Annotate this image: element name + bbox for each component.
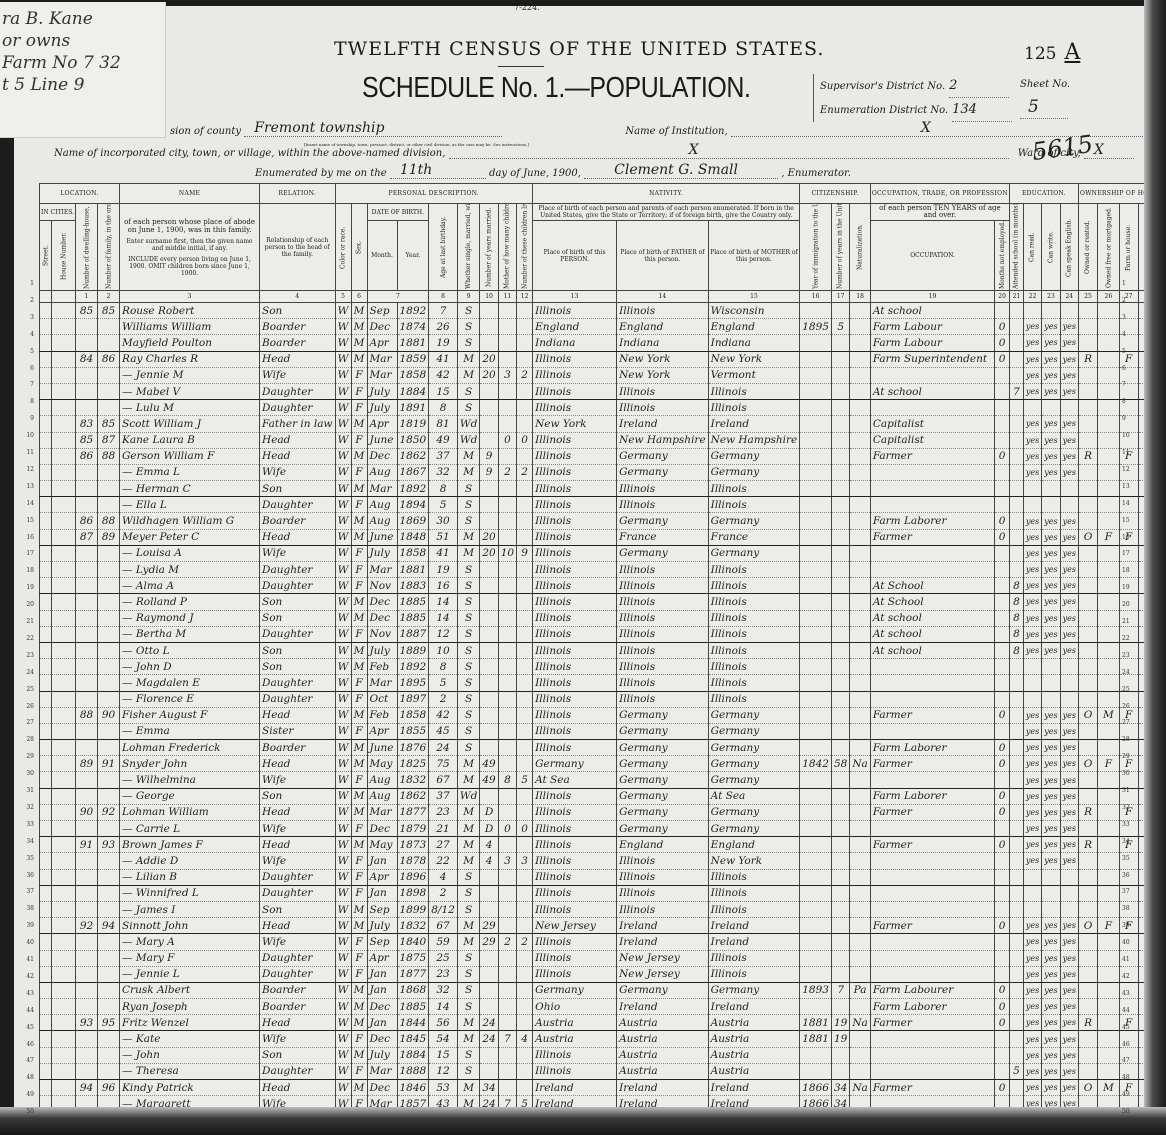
color-cell: W [335, 416, 351, 432]
school-months-cell: 7 [1009, 383, 1023, 399]
person-name-cell: Snyder John [120, 756, 260, 772]
school-months-cell [1009, 707, 1023, 723]
line-number-left: 4 [16, 331, 34, 338]
free-mortgaged-cell [1098, 497, 1120, 513]
form-number: 7-224. [514, 3, 540, 12]
dwelling-number-cell [76, 335, 98, 351]
school-months-cell [1009, 529, 1023, 545]
owned-rented-cell [1078, 319, 1097, 335]
occupation-cell: Farmer [870, 707, 994, 723]
can-write-cell: yes [1042, 416, 1060, 432]
relation-cell: Boarder [260, 999, 335, 1015]
line-number-right: 11 [1122, 449, 1130, 456]
relation-cell: Son [260, 610, 335, 626]
table-row: — EmmaSisterWFApr185545SIllinoisGermanyG… [40, 723, 1164, 739]
children-living-cell: 9 [517, 545, 533, 561]
immigration-year-cell [800, 562, 832, 578]
table-row: — Jennie LDaughterWFJan187723SIllinoisNe… [40, 966, 1164, 982]
mother-of-cell [498, 481, 516, 497]
school-months-cell [1009, 982, 1023, 998]
line-number-left: 25 [16, 686, 34, 693]
years-in-us-cell [831, 772, 849, 788]
age-cell: 75 [429, 756, 458, 772]
immigration-year-cell: 1842 [800, 756, 832, 772]
years-married-cell: 9 [480, 448, 498, 464]
children-living-cell [517, 416, 533, 432]
birth-year-cell: 1883 [397, 578, 429, 594]
years-in-us-cell: 58 [831, 756, 849, 772]
sex-cell: M [351, 1080, 367, 1096]
months-unemployed-cell [995, 416, 1010, 432]
birth-month-cell: Aug [367, 497, 397, 513]
mother-of-cell [498, 319, 516, 335]
birthplace-father-cell: Illinois [617, 594, 709, 610]
years-married-cell [480, 1047, 498, 1063]
birthplace-mother-cell: Illinois [708, 481, 800, 497]
years-in-us-cell [831, 367, 849, 383]
sex-cell: F [351, 464, 367, 480]
children-living-cell: 5 [517, 772, 533, 788]
marital-cell: S [457, 691, 480, 707]
owned-rented-cell: R [1078, 837, 1097, 853]
line-number-right: 18 [1122, 567, 1130, 574]
age-cell: 67 [429, 772, 458, 788]
marital-cell: S [457, 966, 480, 982]
person-name-cell: Brown James F [120, 837, 260, 853]
line-number-right: 44 [1122, 1007, 1130, 1014]
naturalization-cell [850, 529, 870, 545]
age-cell: 14 [429, 594, 458, 610]
line-number-left: 14 [16, 500, 34, 507]
can-speak-english-cell [1060, 497, 1078, 513]
relation-cell: Son [260, 481, 335, 497]
line-number-right: 36 [1122, 872, 1130, 879]
birth-month-cell: Dec [367, 594, 397, 610]
sex-cell: M [351, 610, 367, 626]
can-speak-english-cell: yes [1060, 448, 1078, 464]
can-read-cell [1023, 497, 1041, 513]
school-months-cell [1009, 335, 1023, 351]
birth-year-cell: 1892 [397, 303, 429, 319]
line-number-right: 35 [1122, 855, 1130, 862]
line-number-left: 23 [16, 652, 34, 659]
birth-year-cell: 1898 [397, 885, 429, 901]
column-number: 11 [498, 291, 516, 303]
months-unemployed-cell [995, 594, 1010, 610]
years-in-us-cell [831, 918, 849, 934]
table-row: 8688Wildhagen William GBoarderWMAug18693… [40, 513, 1164, 529]
immigration-year-cell [800, 416, 832, 432]
relation-cell: Boarder [260, 335, 335, 351]
header-birth-father: Place of birth of FATHER of this person. [617, 221, 709, 291]
enumeration-district-label: Enumeration District No. [820, 105, 948, 116]
table-row: — WilhelminaWifeWFAug183267M4985At SeaGe… [40, 772, 1164, 788]
birth-month-cell: Mar [367, 675, 397, 691]
owned-rented-cell [1078, 464, 1097, 480]
immigration-year-cell [800, 804, 832, 820]
header-age: Age at last birthday. [429, 204, 458, 291]
years-married-cell: 20 [480, 367, 498, 383]
birthplace-mother-cell: Vermont [708, 367, 800, 383]
age-cell: 21 [429, 821, 458, 837]
school-months-cell [1009, 772, 1023, 788]
table-row: — Bertha MDaughterWFNov188712SIllinoisIl… [40, 626, 1164, 642]
family-number-cell [98, 319, 120, 335]
can-write-cell: yes [1042, 1047, 1060, 1063]
mother-of-cell [498, 1063, 516, 1079]
page-number: 125A [1024, 40, 1080, 65]
relation-cell: Wife [260, 464, 335, 480]
marital-cell: S [457, 497, 480, 513]
free-mortgaged-cell [1098, 1047, 1120, 1063]
months-unemployed-cell [995, 885, 1010, 901]
children-living-cell [517, 982, 533, 998]
person-name-cell: — Alma A [120, 578, 260, 594]
column-number [52, 291, 76, 303]
free-mortgaged-cell [1098, 303, 1120, 319]
birthplace-person-cell: Illinois [533, 545, 617, 561]
age-cell: 81 [429, 416, 458, 432]
person-name-cell: — Carrie L [120, 821, 260, 837]
city-line: Name of incorporated city, town, or vill… [54, 142, 1134, 159]
years-married-cell: 49 [480, 756, 498, 772]
immigration-year-cell [800, 934, 832, 950]
owned-rented-cell [1078, 966, 1097, 982]
family-number-cell: 89 [98, 529, 120, 545]
years-married-cell [480, 400, 498, 416]
owned-rented-cell: O [1078, 707, 1097, 723]
years-in-us-cell [831, 821, 849, 837]
age-cell: 15 [429, 1047, 458, 1063]
street-cell [40, 1047, 52, 1063]
free-mortgaged-cell [1098, 659, 1120, 675]
school-months-cell [1009, 934, 1023, 950]
naturalization-cell [850, 594, 870, 610]
can-write-cell: yes [1042, 918, 1060, 934]
occupation-cell: Farmer [870, 529, 994, 545]
marital-cell: S [457, 303, 480, 319]
children-living-cell [517, 837, 533, 853]
naturalization-cell [850, 772, 870, 788]
street-cell [40, 497, 52, 513]
family-number-cell [98, 982, 120, 998]
relation-cell: Son [260, 303, 335, 319]
birthplace-mother-cell: Ireland [708, 1080, 800, 1096]
birthplace-person-cell: Illinois [533, 642, 617, 658]
years-in-us-cell [831, 853, 849, 869]
street-cell [40, 885, 52, 901]
birth-year-cell: 1885 [397, 610, 429, 626]
mother-of-cell [498, 335, 516, 351]
table-row: 8385Scott William JFather in lawWMApr181… [40, 416, 1164, 432]
marital-cell: S [457, 1063, 480, 1079]
children-living-cell [517, 869, 533, 885]
column-number: 26 [1098, 291, 1120, 303]
sex-cell: F [351, 432, 367, 448]
birthplace-mother-cell: Illinois [708, 400, 800, 416]
occupation-cell [870, 821, 994, 837]
children-living-cell [517, 675, 533, 691]
occupation-cell [870, 901, 994, 917]
years-in-us-cell [831, 723, 849, 739]
birth-month-cell: Dec [367, 1031, 397, 1047]
can-speak-english-cell: yes [1060, 837, 1078, 853]
line-number-right: 6 [1122, 365, 1126, 372]
can-speak-english-cell [1060, 691, 1078, 707]
house-number-cell [52, 1063, 76, 1079]
immigration-year-cell [800, 626, 832, 642]
birthplace-person-cell: Illinois [533, 497, 617, 513]
children-living-cell [517, 885, 533, 901]
birthplace-person-cell: Illinois [533, 837, 617, 853]
immigration-year-cell [800, 432, 832, 448]
age-cell: 10 [429, 642, 458, 658]
age-cell: 37 [429, 448, 458, 464]
relation-cell: Boarder [260, 982, 335, 998]
page-number-value: 125 [1024, 44, 1056, 64]
sex-cell: M [351, 982, 367, 998]
mother-of-cell: 3 [498, 367, 516, 383]
owned-rented-cell [1078, 853, 1097, 869]
line-number-right: 32 [1122, 804, 1130, 811]
school-months-cell [1009, 432, 1023, 448]
free-mortgaged-cell: F [1098, 756, 1120, 772]
line-number-left: 18 [16, 567, 34, 574]
birthplace-person-cell: Illinois [533, 1063, 617, 1079]
color-cell: W [335, 691, 351, 707]
family-number-cell [98, 901, 120, 917]
sex-cell: M [351, 999, 367, 1015]
can-read-cell: yes [1023, 642, 1041, 658]
birth-year-cell: 1867 [397, 464, 429, 480]
immigration-year-cell [800, 821, 832, 837]
free-mortgaged-cell [1098, 610, 1120, 626]
line-number-left: 42 [16, 973, 34, 980]
sex-cell: M [351, 707, 367, 723]
line-number-left: 20 [16, 601, 34, 608]
birth-month-cell: Oct [367, 691, 397, 707]
school-months-cell [1009, 303, 1023, 319]
naturalization-cell [850, 416, 870, 432]
table-row: — Lilian BDaughterWFApr18964SIllinoisIll… [40, 869, 1164, 885]
school-months-cell: 8 [1009, 594, 1023, 610]
line-number-left: 19 [16, 584, 34, 591]
dwelling-number-cell [76, 821, 98, 837]
can-speak-english-cell: yes [1060, 513, 1078, 529]
children-living-cell [517, 642, 533, 658]
column-number: 9 [457, 291, 480, 303]
free-mortgaged-cell [1098, 545, 1120, 561]
birth-year-cell: 1879 [397, 821, 429, 837]
birth-year-cell: 1884 [397, 1047, 429, 1063]
marital-cell: Wd [457, 432, 480, 448]
can-read-cell: yes [1023, 804, 1041, 820]
immigration-year-cell [800, 383, 832, 399]
line-number-left: 11 [16, 449, 34, 456]
birthplace-mother-cell: Germany [708, 756, 800, 772]
free-mortgaged-cell [1098, 982, 1120, 998]
house-number-cell [52, 497, 76, 513]
house-number-cell [52, 982, 76, 998]
birthplace-person-cell: Illinois [533, 578, 617, 594]
house-number-cell [52, 594, 76, 610]
months-unemployed-cell [995, 723, 1010, 739]
can-read-cell: yes [1023, 756, 1041, 772]
birthplace-father-cell: Illinois [617, 626, 709, 642]
birthplace-father-cell: Germany [617, 464, 709, 480]
can-write-cell: yes [1042, 853, 1060, 869]
relation-cell: Wife [260, 367, 335, 383]
person-name-cell: Ray Charles R [120, 351, 260, 367]
occupation-cell [870, 562, 994, 578]
occupation-cell: At school [870, 610, 994, 626]
can-speak-english-cell [1060, 400, 1078, 416]
birthplace-mother-cell: Germany [708, 982, 800, 998]
line-number-left: 28 [16, 736, 34, 743]
owned-rented-cell: O [1078, 918, 1097, 934]
birthplace-father-cell: New Hampshire [617, 432, 709, 448]
sex-cell: M [351, 303, 367, 319]
years-in-us-cell [831, 1063, 849, 1079]
mother-of-cell: 7 [498, 1031, 516, 1047]
birthplace-mother-cell: New York [708, 351, 800, 367]
naturalization-cell [850, 885, 870, 901]
street-cell [40, 934, 52, 950]
relation-cell: Boarder [260, 319, 335, 335]
column-number: 10 [480, 291, 498, 303]
header-family-number: Number of family, in the order of visita… [98, 204, 120, 291]
school-months-cell: 5 [1009, 1063, 1023, 1079]
naturalization-cell [850, 659, 870, 675]
color-cell: W [335, 966, 351, 982]
birthplace-father-cell: Illinois [617, 383, 709, 399]
birthplace-person-cell: Illinois [533, 966, 617, 982]
months-unemployed-cell [995, 772, 1010, 788]
school-months-cell [1009, 319, 1023, 335]
can-read-cell: yes [1023, 966, 1041, 982]
header-marital: Whether single, married, widowed, or div… [457, 204, 480, 291]
birthplace-father-cell: Illinois [617, 578, 709, 594]
children-living-cell [517, 578, 533, 594]
years-married-cell: 20 [480, 351, 498, 367]
line-number-right: 20 [1122, 601, 1130, 608]
free-mortgaged-cell [1098, 837, 1120, 853]
house-number-cell [52, 383, 76, 399]
relation-cell: Daughter [260, 885, 335, 901]
owned-rented-cell [1078, 740, 1097, 756]
birth-month-cell: Apr [367, 869, 397, 885]
free-mortgaged-cell [1098, 448, 1120, 464]
naturalization-cell [850, 1031, 870, 1047]
line-number-left: 6 [16, 365, 34, 372]
years-in-us-cell: 5 [831, 319, 849, 335]
years-married-cell [480, 982, 498, 998]
birthplace-mother-cell: New Hampshire [708, 432, 800, 448]
naturalization-cell [850, 804, 870, 820]
line-number-left: 39 [16, 922, 34, 929]
marital-cell: S [457, 383, 480, 399]
months-unemployed-cell: 0 [995, 756, 1010, 772]
immigration-year-cell [800, 642, 832, 658]
dwelling-number-cell [76, 982, 98, 998]
immigration-year-cell [800, 497, 832, 513]
free-mortgaged-cell [1098, 869, 1120, 885]
line-number-left: 32 [16, 804, 34, 811]
age-cell: 12 [429, 1063, 458, 1079]
line-number-left: 31 [16, 787, 34, 794]
birthplace-person-cell: Illinois [533, 367, 617, 383]
dwelling-number-cell: 92 [76, 918, 98, 934]
occupation-cell: Farmer [870, 804, 994, 820]
house-number-cell [52, 869, 76, 885]
can-read-cell: yes [1023, 578, 1041, 594]
years-in-us-cell [831, 950, 849, 966]
street-cell [40, 723, 52, 739]
occupation-cell [870, 367, 994, 383]
can-write-cell: yes [1042, 982, 1060, 998]
free-mortgaged-cell [1098, 351, 1120, 367]
months-unemployed-cell: 0 [995, 804, 1010, 820]
immigration-year-cell [800, 545, 832, 561]
years-in-us-cell [831, 707, 849, 723]
can-read-cell: yes [1023, 772, 1041, 788]
months-unemployed-cell [995, 610, 1010, 626]
occupation-cell [870, 869, 994, 885]
years-in-us-cell [831, 999, 849, 1015]
years-married-cell [480, 869, 498, 885]
years-married-cell: 4 [480, 837, 498, 853]
can-speak-english-cell: yes [1060, 756, 1078, 772]
naturalization-cell [850, 999, 870, 1015]
person-name-cell: Meyer Peter C [120, 529, 260, 545]
owned-rented-cell: O [1078, 1080, 1097, 1096]
years-in-us-cell [831, 529, 849, 545]
header-immigration-year: Year of immigration to the United States… [800, 204, 832, 291]
years-in-us-cell [831, 626, 849, 642]
birthplace-mother-cell: Ireland [708, 918, 800, 934]
table-row: 9193Brown James FHeadWMMay187327M4Illino… [40, 837, 1164, 853]
person-name-cell: — Lulu M [120, 400, 260, 416]
can-speak-english-cell: yes [1060, 707, 1078, 723]
immigration-year-cell [800, 853, 832, 869]
line-number-left: 48 [16, 1074, 34, 1081]
street-cell [40, 1063, 52, 1079]
birth-month-cell: Apr [367, 950, 397, 966]
line-number-right: 40 [1122, 939, 1130, 946]
years-in-us-cell: 19 [831, 1031, 849, 1047]
marital-cell: S [457, 1047, 480, 1063]
school-months-cell [1009, 513, 1023, 529]
street-cell [40, 578, 52, 594]
header-attended-school: Attended school (in months). [1009, 204, 1023, 291]
marital-cell: S [457, 594, 480, 610]
sex-cell: F [351, 853, 367, 869]
naturalization-cell [850, 707, 870, 723]
relation-cell: Daughter [260, 400, 335, 416]
table-row: — TheresaDaughterWFMar188812SIllinoisAus… [40, 1063, 1164, 1079]
occupation-cell [870, 464, 994, 480]
header-nativity: NATIVITY. [533, 184, 800, 204]
birthplace-mother-cell: France [708, 529, 800, 545]
school-months-cell [1009, 853, 1023, 869]
age-cell: 49 [429, 432, 458, 448]
owned-rented-cell [1078, 335, 1097, 351]
mother-of-cell [498, 950, 516, 966]
birthplace-person-cell: New Jersey [533, 918, 617, 934]
free-mortgaged-cell [1098, 934, 1120, 950]
years-married-cell: 24 [480, 1015, 498, 1031]
years-in-us-cell [831, 804, 849, 820]
